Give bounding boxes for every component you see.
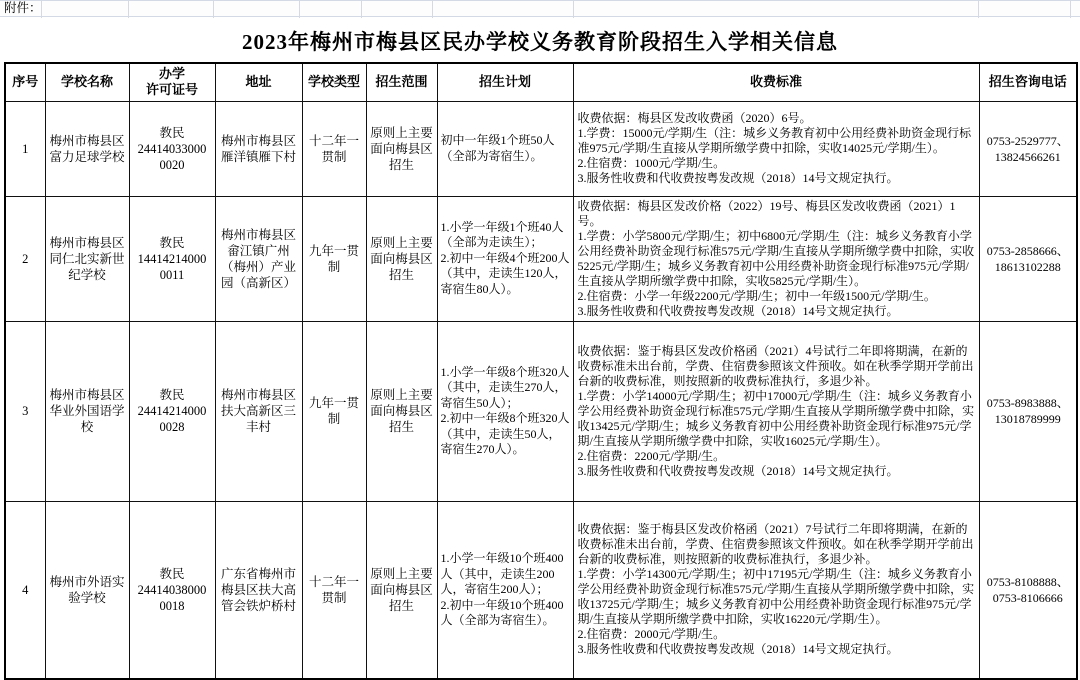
cell-phone: 0753-8983888、 13018789999 [979, 321, 1077, 501]
page-title: 2023年梅州市梅县区民办学校义务教育阶段招生入学相关信息 [4, 26, 1076, 56]
cell-school-name: 梅州市梅县区富力足球学校 [45, 101, 129, 196]
gridline [299, 1, 300, 18]
cell-fees: 收费依据：鉴于梅县区发改价格函（2021）4号试行二年即将期满，在新的收费标准未… [573, 321, 979, 501]
cell-address: 广东省梅州市梅县区扶大高管会铁炉桥村 [215, 501, 302, 679]
cell-no: 3 [5, 321, 45, 501]
table-row: 3 梅州市梅县区华业外国语学校 教民 24414214000 0028 梅州市梅… [5, 321, 1077, 501]
cell-scope: 原则上主要面向梅县区招生 [366, 196, 437, 321]
cell-address: 梅州市梅县区畲江镇广州（梅州）产业园（高新区） [215, 196, 302, 321]
gridline [213, 1, 214, 18]
cell-license: 教民 24414033000 0020 [129, 101, 215, 196]
cell-fees: 收费依据：梅县区发改价格（2022）19号、梅县区发改收费函（2021）1号。 … [573, 196, 979, 321]
col-header-fees: 收费标准 [573, 63, 979, 101]
col-header-license: 办学 许可证号 [129, 63, 215, 101]
cell-school-name: 梅州市梅县区华业外国语学校 [45, 321, 129, 501]
table-row: 1 梅州市梅县区富力足球学校 教民 24414033000 0020 梅州市梅县… [5, 101, 1077, 196]
col-header-address: 地址 [215, 63, 302, 101]
cell-phone: 0753-2858666、 18613102288 [979, 196, 1077, 321]
table-row: 4 梅州市外语实验学校 教民 24414038000 0018 广东省梅州市梅县… [5, 501, 1077, 679]
cell-plan: 1.小学一年级1个班40人（全部为走读生）； 2.初中一年级4个班200人（其中… [437, 196, 573, 321]
cell-no: 1 [5, 101, 45, 196]
cell-fees: 收费依据：梅县区发改收费函（2020）6号。 1.学费：15000元/学期/生（… [573, 101, 979, 196]
cell-address: 梅州市梅县区扶大高新区三丰村 [215, 321, 302, 501]
cell-scope: 原则上主要面向梅县区招生 [366, 321, 437, 501]
cell-type: 十二年一贯制 [302, 101, 366, 196]
cell-type: 九年一贯制 [302, 196, 366, 321]
col-header-type: 学校类型 [302, 63, 366, 101]
cell-scope: 原则上主要面向梅县区招生 [366, 501, 437, 679]
attachment-label: 附件： [4, 1, 42, 16]
cell-scope: 原则上主要面向梅县区招生 [366, 101, 437, 196]
gridline [128, 1, 129, 18]
cell-plan: 1.小学一年级8个班320人（其中，走读生270人，寄宿生50人）； 2.初中一… [437, 321, 573, 501]
cell-address: 梅州市梅县区雁洋镇雁下村 [215, 101, 302, 196]
col-header-plan: 招生计划 [437, 63, 573, 101]
cell-school-name: 梅州市外语实验学校 [45, 501, 129, 679]
table-header-row: 序号 学校名称 办学 许可证号 地址 学校类型 招生范围 招生计划 收费标准 招… [5, 63, 1077, 101]
cell-license: 教民 24414038000 0018 [129, 501, 215, 679]
col-header-name: 学校名称 [45, 63, 129, 101]
cell-type: 十二年一贯制 [302, 501, 366, 679]
gridline [573, 1, 574, 18]
cell-fees: 收费依据：鉴于梅县区发改价格函（2021）7号试行二年即将期满，在新的收费标准未… [573, 501, 979, 679]
col-header-scope: 招生范围 [366, 63, 437, 101]
cell-type: 九年一贯制 [302, 321, 366, 501]
cell-plan: 1.小学一年级10个班400人（其中，走读生200人，寄宿生200人）； 2.初… [437, 501, 573, 679]
enrollment-info-table: 序号 学校名称 办学 许可证号 地址 学校类型 招生范围 招生计划 收费标准 招… [4, 62, 1078, 680]
gridline [361, 1, 362, 18]
cell-license: 教民 24414214000 0028 [129, 321, 215, 501]
cell-license: 教民 14414214000 0011 [129, 196, 215, 321]
cell-phone: 0753-2529777、 13824566261 [979, 101, 1077, 196]
cell-plan: 初中一年级1个班50人（全部为寄宿生）。 [437, 101, 573, 196]
document-page: 附件： 2023年梅州市梅县区民办学校义务教育阶段招生入学相关信息 序号 学校名… [0, 0, 1080, 680]
col-header-no: 序号 [5, 63, 45, 101]
table-row: 2 梅州市梅县区同仁北实新世纪学校 教民 14414214000 0011 梅州… [5, 196, 1077, 321]
spreadsheet-grid-strip [0, 0, 1080, 17]
gridline [432, 1, 433, 18]
gridline [978, 1, 979, 18]
cell-school-name: 梅州市梅县区同仁北实新世纪学校 [45, 196, 129, 321]
gridline [1070, 1, 1071, 18]
cell-phone: 0753-8108888、 0753-8106666 [979, 501, 1077, 679]
cell-no: 2 [5, 196, 45, 321]
col-header-phone: 招生咨询电话 [979, 63, 1077, 101]
cell-no: 4 [5, 501, 45, 679]
